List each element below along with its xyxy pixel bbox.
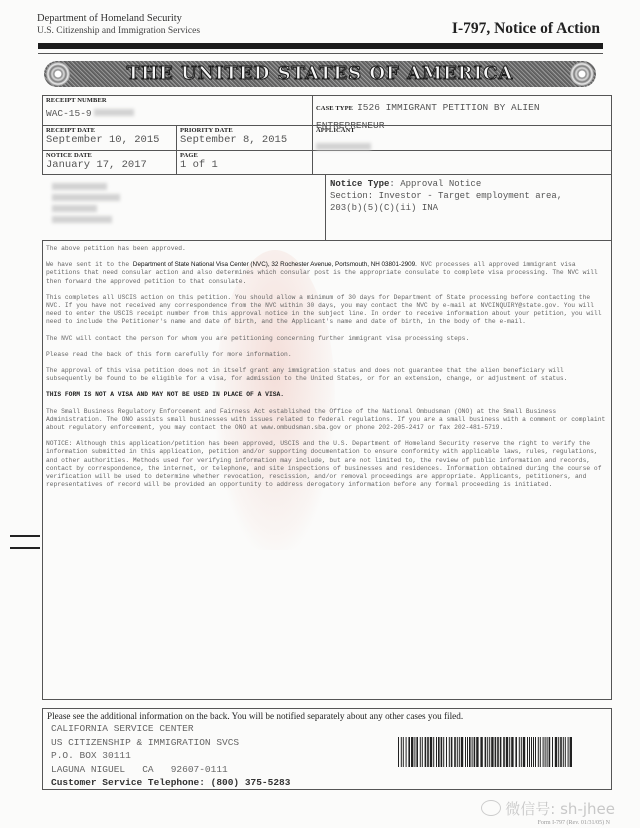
body-approval-disclaimer: The approval of this visa petition does …	[46, 367, 608, 383]
wechat-watermark: 微信号: sh-jhee	[481, 798, 615, 819]
body-nvc: We have sent it to the Department of Sta…	[46, 261, 608, 286]
receipt-date-value: September 10, 2015	[46, 134, 173, 146]
notice-type-box: Notice Type: Approval Notice Section: In…	[325, 175, 612, 240]
back-info-note: Please see the additional information on…	[47, 711, 463, 721]
margin-mark	[10, 547, 40, 549]
address-line: US CITIZENSHIP & IMMIGRATION SVCS	[51, 736, 290, 750]
body-nvc-pre: We have sent it to the	[46, 261, 133, 268]
redacted-receipt	[94, 109, 134, 116]
notice-type: Notice Type: Approval Notice Section: In…	[326, 175, 611, 214]
case-info-table: RECEIPT NUMBER WAC-15-9 CASE TYPE I526 I…	[42, 95, 612, 175]
case-type-label: CASE TYPE	[316, 105, 353, 112]
redacted-address-line	[52, 183, 107, 190]
section-line-2: 203(b)(5)(C)(ii) INA	[330, 202, 611, 214]
body-approved: The above petition has been approved.	[46, 245, 608, 253]
notice-date-cell: NOTICE DATE January 17, 2017	[43, 151, 177, 174]
service-center-box: Please see the additional information on…	[42, 708, 612, 790]
barcode	[398, 737, 573, 767]
rosette-right-icon	[570, 62, 594, 86]
receipt-number-value: WAC-15-9	[46, 108, 92, 119]
page-cell: PAGE 1 of 1	[177, 151, 313, 174]
header-rule	[38, 53, 603, 54]
customer-service-phone: Customer Service Telephone: (800) 375-52…	[51, 776, 290, 790]
agency-name: Department of Homeland Security	[37, 13, 200, 25]
applicant-cell: APPLICANT	[313, 126, 611, 151]
agency-subname: U.S. Citizenship and Immigration Service…	[37, 25, 200, 37]
wechat-id: 微信号: sh-jhee	[505, 800, 615, 818]
receipt-number-cell: RECEIPT NUMBER WAC-15-9	[43, 96, 313, 126]
petitioner-address	[42, 175, 327, 240]
applicant-label: APPLICANT	[316, 127, 608, 134]
receipt-date-label: RECEIPT DATE	[46, 127, 173, 134]
redacted-address-line	[52, 205, 97, 212]
body-uscis-action: This completes all USCIS action on this …	[46, 294, 608, 327]
page-value: 1 of 1	[180, 159, 309, 171]
priority-date-cell: PRIORITY DATE September 8, 2015	[177, 126, 313, 151]
form-title: I-797, Notice of Action	[452, 20, 600, 38]
receipt-date-cell: RECEIPT DATE September 10, 2015	[43, 126, 177, 151]
notice-date-value: January 17, 2017	[46, 159, 173, 171]
address-line: CALIFORNIA SERVICE CENTER	[51, 722, 290, 736]
nvc-address: Department of State National Visa Center…	[133, 261, 417, 268]
agency-heading: Department of Homeland Security U.S. Cit…	[37, 13, 200, 37]
form-number: Form I-797 (Rev. 01/31/05) N	[538, 820, 610, 826]
redacted-address-line	[52, 194, 120, 201]
address-line: P.O. BOX 30111	[51, 749, 290, 763]
body-nvc-contact: The NVC will contact the person for whom…	[46, 335, 608, 343]
header-bar	[38, 43, 603, 49]
address-line: LAGUNA NIGUEL CA 92607-0111	[51, 763, 290, 777]
notice-date-label: NOTICE DATE	[46, 152, 173, 159]
redacted-address-line	[52, 216, 112, 223]
body-not-visa: THIS FORM IS NOT A VISA AND MAY NOT BE U…	[46, 391, 608, 399]
notice-type-value: : Approval Notice	[389, 179, 481, 189]
priority-date-label: PRIORITY DATE	[180, 127, 309, 134]
wechat-icon	[481, 800, 501, 816]
redacted-applicant	[316, 143, 371, 150]
margin-mark	[10, 535, 40, 537]
case-type-cell: CASE TYPE I526 IMMIGRANT PETITION BY ALI…	[313, 96, 611, 126]
section-line-1: Section: Investor - Target employment ar…	[330, 190, 611, 202]
body-verification-notice: NOTICE: Although this application/petiti…	[46, 440, 608, 489]
usa-banner: THE UNITED STATES OF AMERICA	[44, 61, 596, 87]
service-center-address: CALIFORNIA SERVICE CENTER US CITIZENSHIP…	[51, 722, 290, 790]
body-ombudsman: The Small Business Regulatory Enforcemen…	[46, 408, 608, 433]
banner-text: THE UNITED STATES OF AMERICA	[72, 64, 568, 84]
body-read-back: Please read the back of this form carefu…	[46, 351, 608, 359]
notice-type-label: Notice Type	[330, 179, 389, 189]
rosette-left-icon	[46, 62, 70, 86]
page-label: PAGE	[180, 152, 309, 159]
priority-date-value: September 8, 2015	[180, 134, 309, 146]
notice-body: The above petition has been approved. We…	[42, 240, 612, 700]
